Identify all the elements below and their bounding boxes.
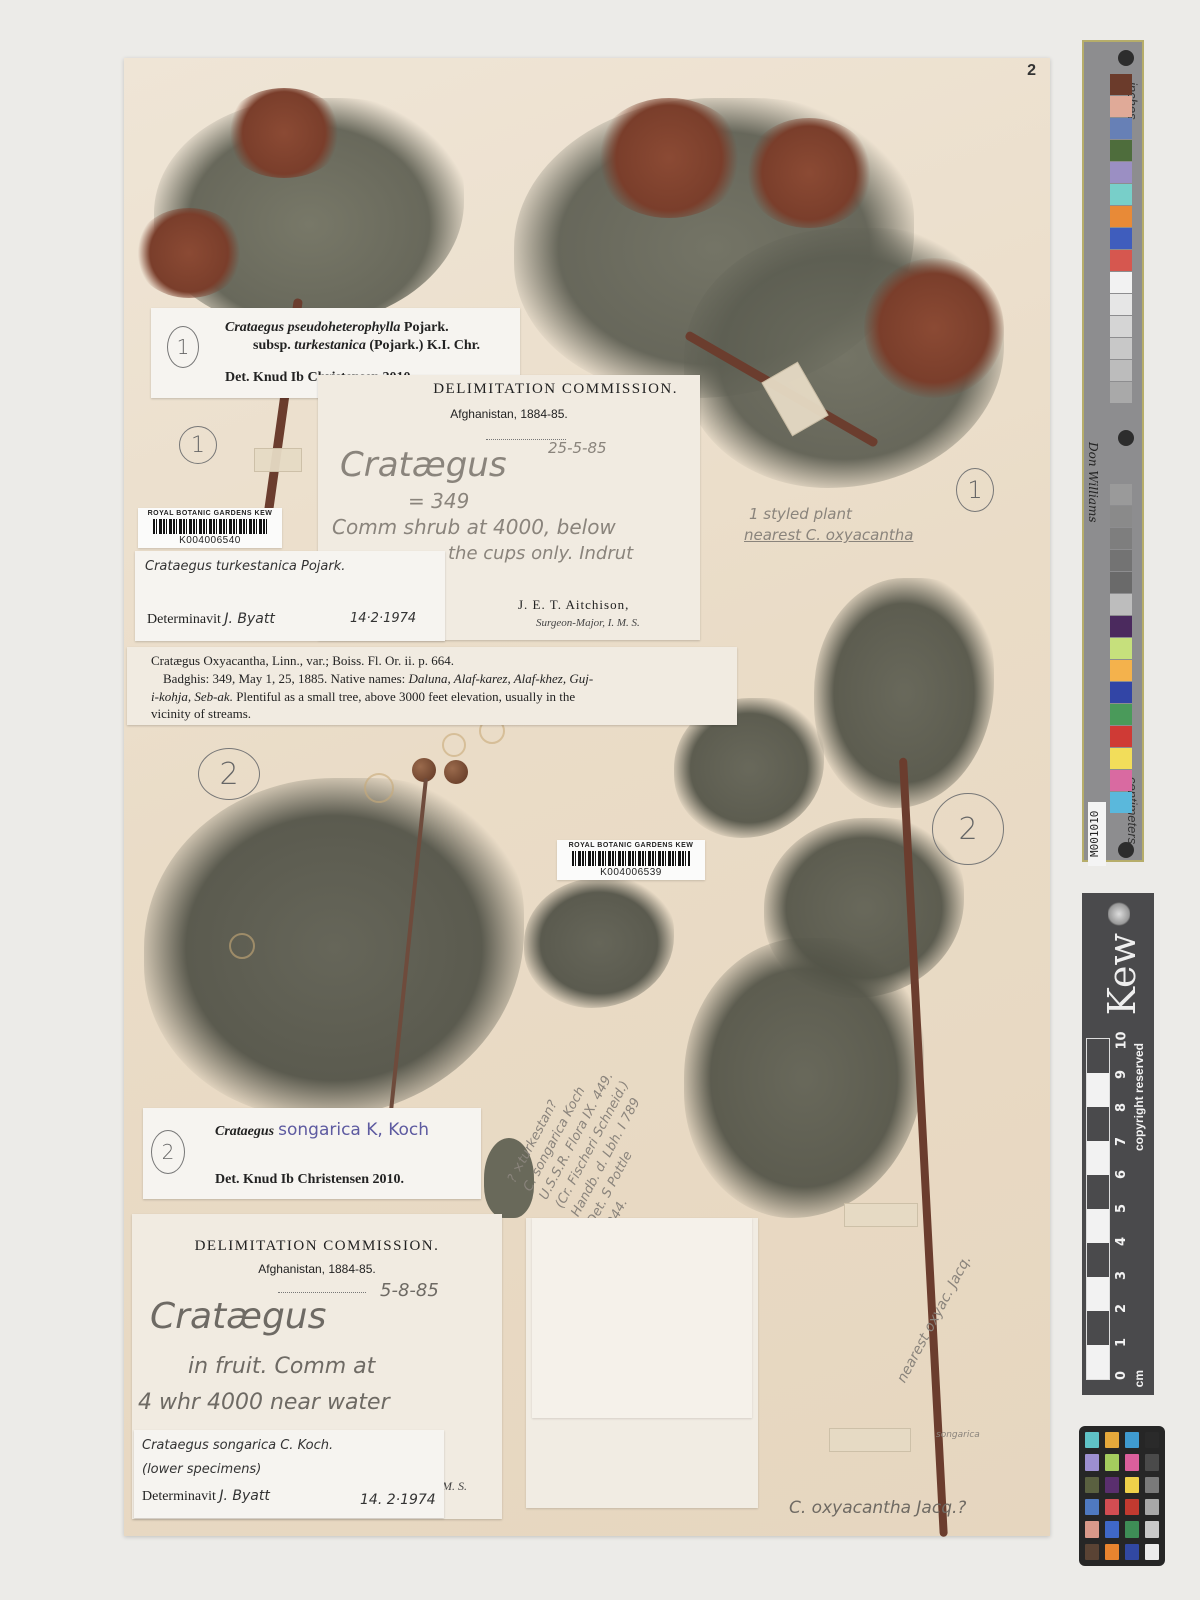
- color-patch: [1110, 316, 1132, 337]
- ruler-numbers: 012345678910: [1114, 1033, 1130, 1383]
- checker-cell: [1085, 1544, 1099, 1560]
- strip-id-tag: M001010: [1088, 802, 1106, 866]
- checker-cell: [1125, 1432, 1139, 1448]
- strip-hole-middle: [1118, 430, 1134, 446]
- color-patch: [1110, 118, 1132, 139]
- color-patch: [1110, 96, 1132, 117]
- checker-cell: [1125, 1477, 1139, 1493]
- barcode-1-org: ROYAL BOTANIC GARDENS KEW: [142, 510, 278, 517]
- description-line-1: Cratægus Oxyacantha, Linn., var.; Boiss.…: [151, 653, 454, 669]
- color-patch: [1110, 594, 1132, 615]
- delimitation-2-subheading: Afghanistan, 1884-85.: [132, 1262, 502, 1276]
- strip-hole-top: [1118, 50, 1134, 66]
- circle-number-label-2: 2: [151, 1130, 185, 1174]
- circle-number-1-right: 1: [956, 468, 994, 512]
- color-patch: [1110, 660, 1132, 681]
- determinavit-2-name: Crataegus songarica C. Koch.: [142, 1438, 333, 1453]
- pencil-note-styled-plant: 1 styled plant: [749, 505, 852, 523]
- delimitation-2-heading: DELIMITATION COMMISSION.: [132, 1238, 502, 1255]
- kew-scale-ruler: Kew 012345678910 copyright reserved cm: [1082, 893, 1154, 1395]
- checker-cell: [1125, 1454, 1139, 1470]
- color-patch: [1110, 272, 1132, 293]
- barcode-1-bars: [153, 519, 267, 534]
- delimitation-2-note-1: in fruit. Comm at: [188, 1354, 375, 1379]
- color-patch: [1110, 506, 1132, 527]
- color-patch: [1110, 140, 1132, 161]
- strip-brand: Don Williams: [1086, 442, 1100, 523]
- delimitation-1-number: = 349: [408, 489, 469, 513]
- checker-cell: [1105, 1454, 1119, 1470]
- determination-label-2: 2 Crataegus songarica K, Koch Det. Knud …: [143, 1108, 481, 1199]
- color-patch: [1110, 704, 1132, 725]
- det-2-name: Crataegus songarica K, Koch: [215, 1120, 429, 1140]
- color-patch: [1110, 484, 1132, 505]
- barcode-2-code: K004006539: [561, 867, 701, 878]
- kew-crest-icon: [1108, 901, 1130, 927]
- fragment-envelope[interactable]: [526, 1218, 758, 1508]
- color-patch: [1110, 638, 1132, 659]
- delimitation-2-date: 5-8-85: [380, 1280, 439, 1301]
- description-line-2: Badghis: 349, May 1, 25, 1885. Native na…: [163, 671, 593, 687]
- color-patch: [1110, 550, 1132, 571]
- delimitation-1-subheading: Afghanistan, 1884-85.: [318, 407, 700, 421]
- det-1-line-2: subsp. turkestanica (Pojark.) K.I. Chr.: [253, 338, 480, 354]
- checker-cell: [1145, 1521, 1159, 1537]
- color-patch: [1110, 360, 1132, 381]
- color-patch: [1110, 528, 1132, 549]
- delimitation-1-heading: DELIMITATION COMMISSION.: [318, 381, 700, 398]
- circle-number-2-mid: 2: [198, 748, 260, 800]
- color-patch: [1110, 382, 1132, 403]
- delimitation-2-genus: Cratægus: [150, 1296, 326, 1337]
- color-patch: [1110, 206, 1132, 227]
- determinavit-1-name: Crataegus turkestanica Pojark.: [145, 559, 345, 574]
- delimitation-1-genus: Cratægus: [340, 445, 507, 485]
- delimitation-1-note-1: Comm shrub at 4000, below: [332, 515, 616, 539]
- color-calibration-strip: inches Don Williams centimeters M001010: [1082, 40, 1144, 862]
- barcode-1-code: K004006540: [142, 535, 278, 546]
- checker-cell: [1085, 1521, 1099, 1537]
- description-line-4: vicinity of streams.: [151, 706, 251, 722]
- delimitation-1-collector: J. E. T. Aitchison,: [518, 597, 629, 613]
- color-patch: [1110, 338, 1132, 359]
- delimitation-2-divider: [278, 1292, 366, 1293]
- printed-description-label: Cratægus Oxyacantha, Linn., var.; Boiss.…: [127, 647, 737, 725]
- det-1-line-1: Crataegus pseudoheterophylla Pojark.: [225, 320, 449, 336]
- checker-cell: [1125, 1544, 1139, 1560]
- color-patch: [1110, 572, 1132, 593]
- color-patch: [1110, 792, 1132, 813]
- circle-number-label-1: 1: [167, 326, 199, 368]
- sheet-number-mark: 2: [1027, 62, 1036, 80]
- checker-cell: [1085, 1454, 1099, 1470]
- determinavit-1-line: Determinavit J. Byatt: [147, 611, 275, 628]
- description-line-3: i-kohja, Seb-ak. Plentiful as a small tr…: [151, 689, 575, 705]
- checker-cell: [1085, 1477, 1099, 1493]
- determinavit-label-1: Crataegus turkestanica Pojark. Determina…: [135, 551, 445, 641]
- pencil-note-nearest-oxyacantha: nearest C. oxyacantha: [744, 526, 913, 544]
- delimitation-1-note-2: the cups only. Indrut: [448, 543, 633, 564]
- checker-cell: [1085, 1499, 1099, 1515]
- checker-cell: [1145, 1544, 1159, 1560]
- color-patch: [1110, 748, 1132, 769]
- determinavit-label-2: Crataegus songarica C. Koch. (lower spec…: [134, 1430, 444, 1518]
- determinavit-1-date: 14·2·1974: [350, 611, 416, 626]
- checker-cell: [1145, 1432, 1159, 1448]
- color-patch: [1110, 74, 1132, 95]
- color-patch: [1110, 162, 1132, 183]
- pencil-note-oxyacantha-bottom: C. oxyacantha Jacq.?: [789, 1498, 966, 1518]
- checker-cell: [1105, 1477, 1119, 1493]
- det-2-determiner: Det. Knud Ib Christensen 2010.: [215, 1172, 404, 1188]
- color-patch: [1110, 682, 1132, 703]
- determinavit-2-date: 14. 2·1974: [360, 1492, 436, 1508]
- pencil-note-songarica-small: songarica: [936, 1430, 980, 1440]
- barcode-2-org: ROYAL BOTANIC GARDENS KEW: [561, 842, 701, 849]
- color-patch: [1110, 616, 1132, 637]
- circle-number-2-right: 2: [932, 793, 1004, 865]
- checker-cell: [1105, 1499, 1119, 1515]
- color-patch: [1110, 184, 1132, 205]
- color-patch: [1110, 294, 1132, 315]
- color-patch: [1110, 726, 1132, 747]
- delimitation-2-note-2: 4 whr 4000 near water: [138, 1390, 390, 1415]
- color-patch: [1110, 250, 1132, 271]
- kew-logo: Kew: [1100, 933, 1144, 1015]
- barcode-label-1: ROYAL BOTANIC GARDENS KEW K004006540: [138, 508, 282, 548]
- determinavit-2-note: (lower specimens): [142, 1462, 261, 1477]
- checker-cell: [1105, 1432, 1119, 1448]
- ruler-copyright: copyright reserved: [1132, 1043, 1146, 1151]
- barcode-2-bars: [572, 851, 690, 866]
- strip-hole-bottom: [1118, 842, 1134, 858]
- checker-cell: [1085, 1432, 1099, 1448]
- determinavit-2-line: Determinavit J. Byatt: [142, 1488, 270, 1505]
- checker-cell: [1105, 1544, 1119, 1560]
- checker-cell: [1125, 1499, 1139, 1515]
- circle-number-1-mid: 1: [179, 426, 217, 464]
- checker-cell: [1105, 1521, 1119, 1537]
- envelope-flap: [532, 1218, 752, 1418]
- checker-cell: [1125, 1521, 1139, 1537]
- checker-cell: [1145, 1499, 1159, 1515]
- ruler-unit: cm: [1132, 1370, 1146, 1387]
- delimitation-2-suffix: M. S.: [442, 1479, 467, 1494]
- ruler-scale-bars: [1086, 1038, 1110, 1380]
- color-patch: [1110, 228, 1132, 249]
- checker-cell: [1145, 1477, 1159, 1493]
- color-checker-card: [1079, 1426, 1165, 1566]
- delimitation-1-collector-title: Surgeon-Major, I. M. S.: [536, 617, 640, 629]
- checker-cell: [1145, 1454, 1159, 1470]
- color-patch: [1110, 770, 1132, 791]
- delimitation-1-date: 25-5-85: [548, 439, 607, 457]
- pencil-note-center-block: ? ×turkestan? C. songarica Koch U.S.S.R.…: [504, 1052, 682, 1237]
- barcode-label-2: ROYAL BOTANIC GARDENS KEW K004006539: [557, 840, 705, 880]
